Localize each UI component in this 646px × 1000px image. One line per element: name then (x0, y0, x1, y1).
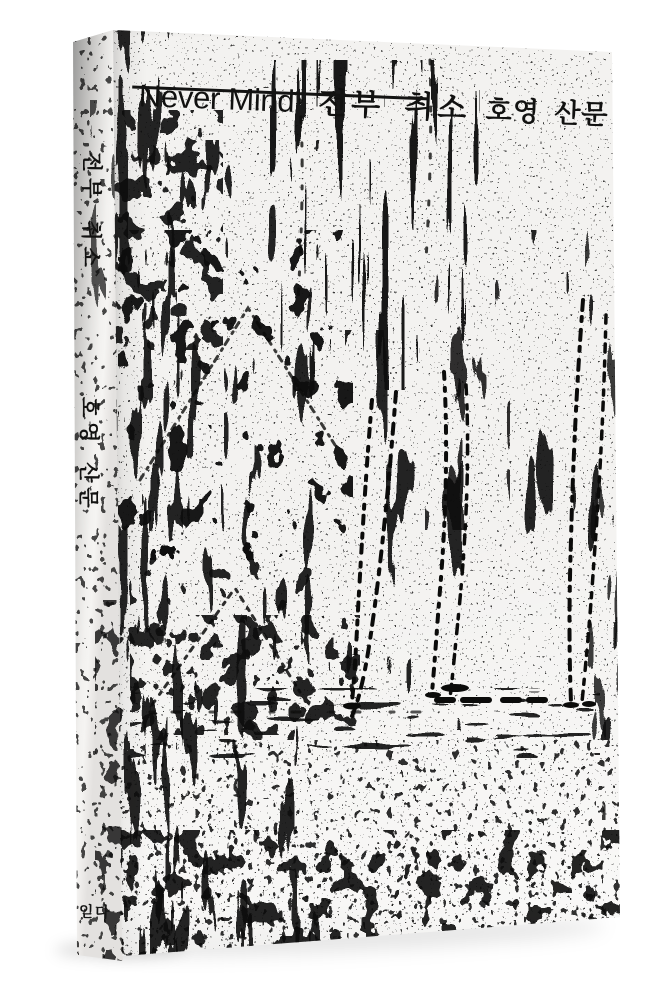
cover-sheen (113, 28, 623, 960)
cover-author: 호영 산문 (485, 88, 609, 132)
publisher-logo: 읻다 (79, 901, 111, 923)
spine-author: 호영 산문 (74, 397, 105, 513)
cover-title-english: Never Mind (138, 78, 295, 120)
spine-title: 전부 취소 (77, 152, 108, 273)
book-mockup-scene: Never Mind 전부 취소 호영 산문 전부 취소 호영 산문 읻다 (0, 0, 646, 1000)
spine-text: 전부 취소 호영 산문 (80, 152, 108, 542)
cover-title-korean: 전부 취소 (318, 78, 472, 128)
